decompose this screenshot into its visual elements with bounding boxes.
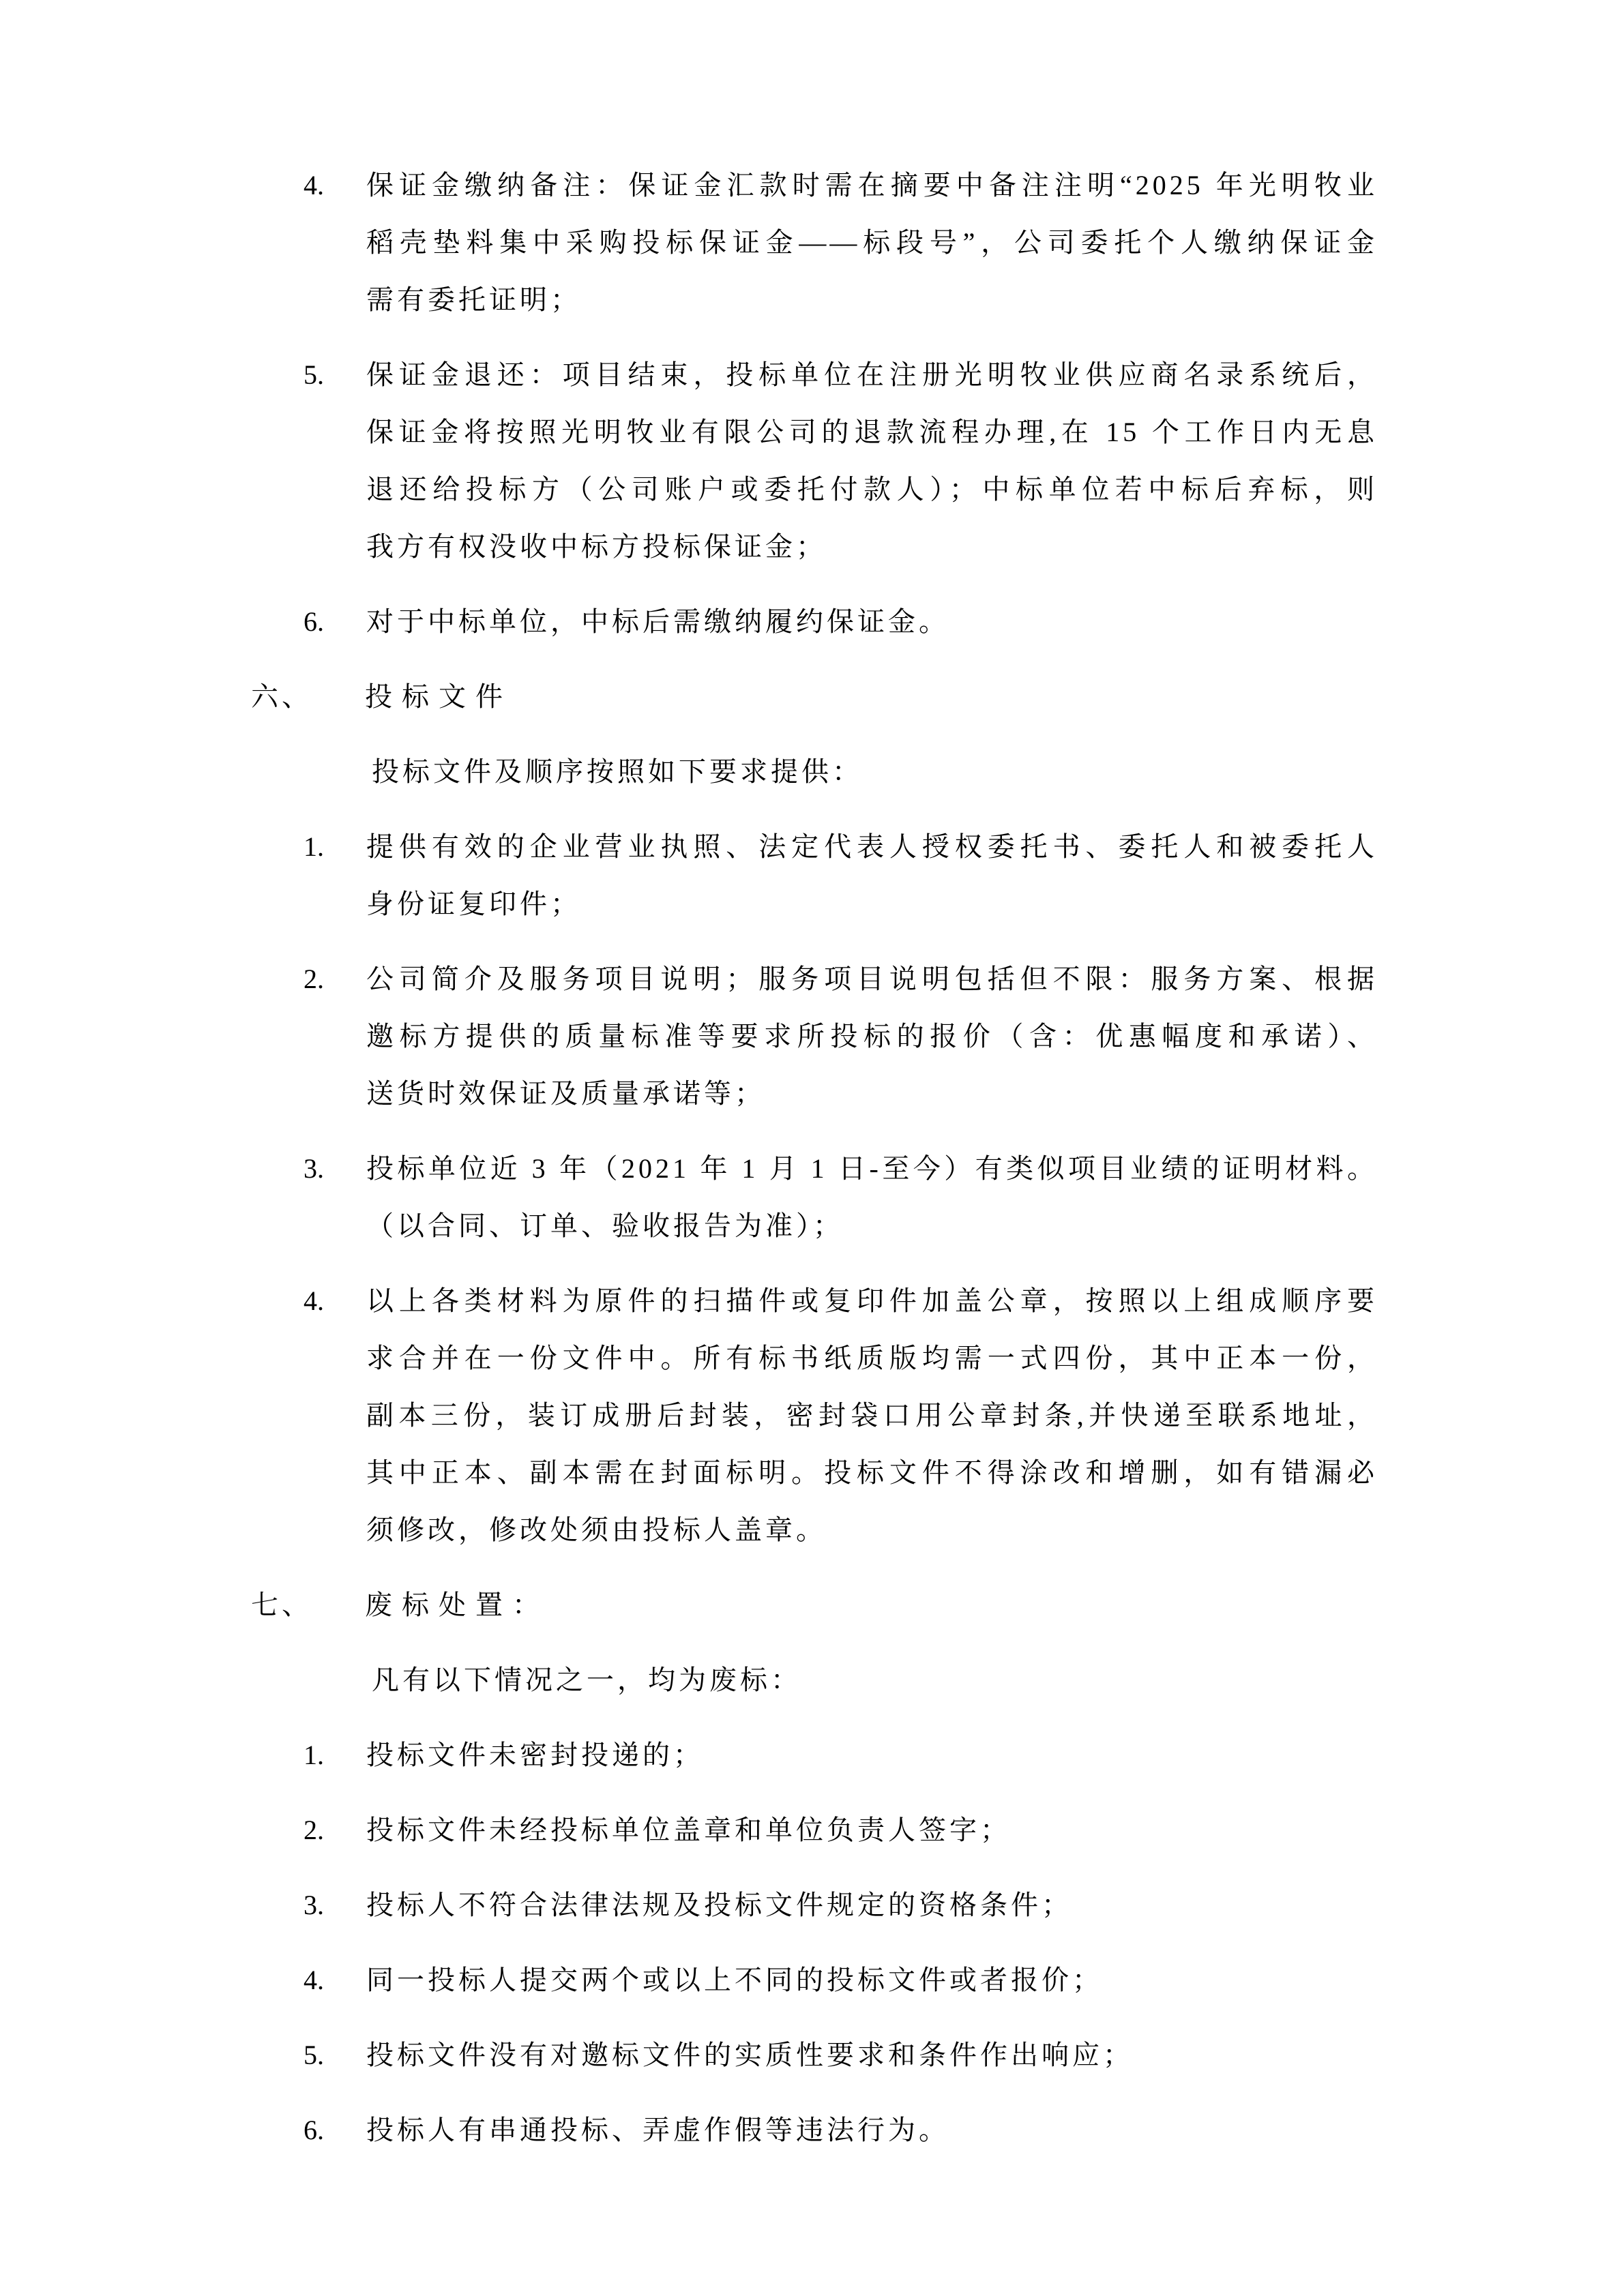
text-line: 投标人不符合法律法规及投标文件规定的资格条件； (366, 1877, 1378, 1934)
text-line: 稻壳垫料集中采购投标保证金——标段号”，公司委托个人缴纳保证金 (366, 214, 1378, 271)
item-number: 2. (304, 1802, 324, 1859)
list-item: 6. 对于中标单位，中标后需缴纳履约保证金。 (366, 593, 1378, 651)
item-number: 4. (304, 1952, 324, 2009)
list-item: 5. 保证金退还：项目结束，投标单位在注册光明牧业供应商名录系统后， 保证金将按… (366, 346, 1378, 576)
text-line: 副本三份，装订成册后封装，密封袋口用公章封条,并快递至联系地址， (366, 1387, 1378, 1444)
section-number: 七、 (251, 1577, 365, 1634)
document-page: 4. 保证金缴纳备注：保证金汇款时需在摘要中备注注明“2025 年光明牧业 稻壳… (0, 0, 1624, 2296)
list-item: 4. 以上各类材料为原件的扫描件或复印件加盖公章，按照以上组成顺序要 求合并在一… (366, 1272, 1378, 1559)
text-line: 同一投标人提交两个或以上不同的投标文件或者报价； (366, 1952, 1378, 2009)
text-line: 我方有权没收中标方投标保证金； (366, 518, 1378, 576)
list-item: 6. 投标人有串通投标、弄虚作假等违法行为。 (366, 2102, 1378, 2159)
text-line: 需有委托证明； (366, 271, 1378, 329)
item-number: 6. (304, 2102, 324, 2159)
text-line: 退还给投标方（公司账户或委托付款人）；中标单位若中标后弃标，则 (366, 461, 1378, 518)
list-item: 5. 投标文件没有对邀标文件的实质性要求和条件作出响应； (366, 2027, 1378, 2084)
text-line: 保证金退还：项目结束，投标单位在注册光明牧业供应商名录系统后， (366, 346, 1378, 404)
item-number: 4. (304, 157, 324, 214)
item-number: 3. (304, 1877, 324, 1934)
list-item: 1. 提供有效的企业营业执照、法定代表人授权委托书、委托人和被委托人 身份证复印… (366, 818, 1378, 933)
list-item: 4. 同一投标人提交两个或以上不同的投标文件或者报价； (366, 1952, 1378, 2009)
item-number: 6. (304, 593, 324, 651)
item-number: 5. (304, 2027, 324, 2084)
list-item: 2. 投标文件未经投标单位盖章和单位负责人签字； (366, 1802, 1378, 1859)
list-item: 2. 公司简介及服务项目说明；服务项目说明包括但不限：服务方案、根据 邀标方提供… (366, 951, 1378, 1122)
list-item: 3. 投标单位近 3 年（2021 年 1 月 1 日-至今）有类似项目业绩的证… (366, 1140, 1378, 1255)
section-title: 废标处置： (365, 1590, 549, 1620)
text-line: （以合同、订单、验收报告为准）； (366, 1197, 1378, 1255)
paragraph: 投标文件及顺序按照如下要求提供： (372, 743, 1378, 801)
text-line: 身份证复印件； (366, 876, 1378, 933)
section-heading: 七、废标处置： (251, 1577, 1624, 1634)
text-line: 提供有效的企业营业执照、法定代表人授权委托书、委托人和被委托人 (366, 818, 1378, 876)
text-line: 投标人有串通投标、弄虚作假等违法行为。 (366, 2102, 1378, 2159)
text-line: 投标单位近 3 年（2021 年 1 月 1 日-至今）有类似项目业绩的证明材料… (366, 1140, 1378, 1197)
item-number: 3. (304, 1140, 324, 1197)
text-line: 保证金将按照光明牧业有限公司的退款流程办理,在 15 个工作日内无息 (366, 404, 1378, 461)
item-number: 4. (304, 1272, 324, 1330)
text-line: 对于中标单位，中标后需缴纳履约保证金。 (366, 593, 1378, 651)
text-line: 求合并在一份文件中。所有标书纸质版均需一式四份，其中正本一份， (366, 1330, 1378, 1387)
item-number: 2. (304, 951, 324, 1008)
list-item: 3. 投标人不符合法律法规及投标文件规定的资格条件； (366, 1877, 1378, 1934)
document-content: 4. 保证金缴纳备注：保证金汇款时需在摘要中备注注明“2025 年光明牧业 稻壳… (0, 157, 1624, 2177)
text-line: 投标文件没有对邀标文件的实质性要求和条件作出响应； (366, 2027, 1378, 2084)
text-line: 送货时效保证及质量承诺等； (366, 1065, 1378, 1122)
section-heading: 六、投标文件 (251, 668, 1624, 726)
section-title: 投标文件 (365, 681, 512, 712)
section-number: 六、 (251, 668, 365, 726)
text-line: 投标文件未密封投递的； (366, 1727, 1378, 1784)
text-line: 投标文件未经投标单位盖章和单位负责人签字； (366, 1802, 1378, 1859)
list-item: 4. 保证金缴纳备注：保证金汇款时需在摘要中备注注明“2025 年光明牧业 稻壳… (366, 157, 1378, 329)
item-number: 1. (304, 1727, 324, 1784)
text-line: 其中正本、副本需在封面标明。投标文件不得涂改和增删，如有错漏必 (366, 1444, 1378, 1502)
item-number: 1. (304, 818, 324, 876)
text-line: 以上各类材料为原件的扫描件或复印件加盖公章，按照以上组成顺序要 (366, 1272, 1378, 1330)
list-item: 1. 投标文件未密封投递的； (366, 1727, 1378, 1784)
text-line: 保证金缴纳备注：保证金汇款时需在摘要中备注注明“2025 年光明牧业 (366, 157, 1378, 214)
paragraph: 凡有以下情况之一，均为废标： (372, 1652, 1378, 1709)
item-number: 5. (304, 346, 324, 404)
text-line: 公司简介及服务项目说明；服务项目说明包括但不限：服务方案、根据 (366, 951, 1378, 1008)
text-line: 邀标方提供的质量标准等要求所投标的报价（含：优惠幅度和承诺）、 (366, 1008, 1378, 1065)
text-line: 须修改，修改处须由投标人盖章。 (366, 1502, 1378, 1559)
